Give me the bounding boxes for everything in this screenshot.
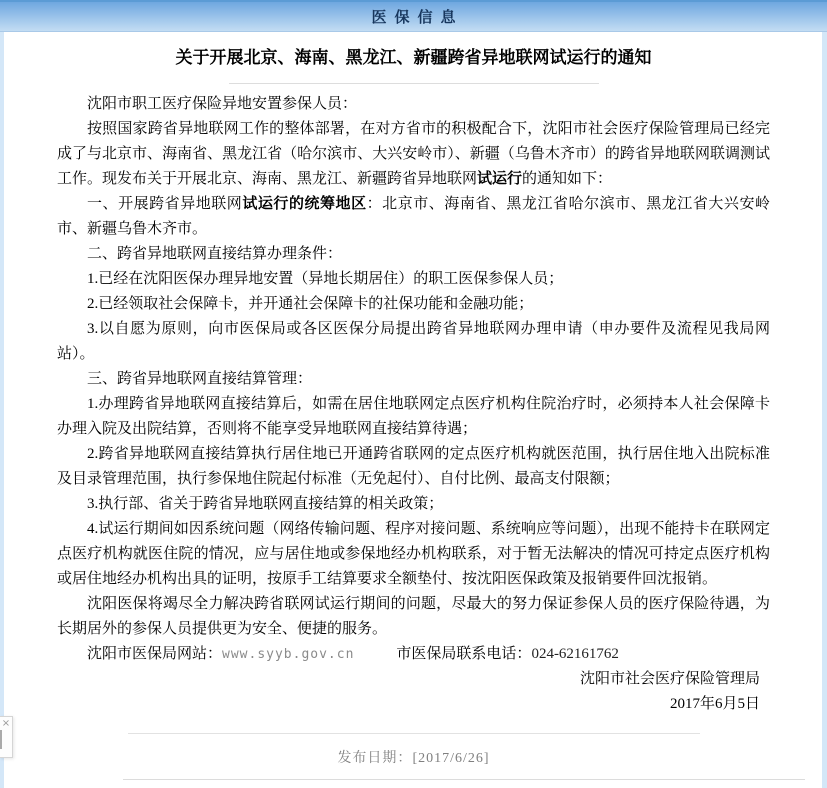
floating-widget: × bbox=[0, 716, 13, 758]
notice-paragraph: 3.执行部、省关于跨省异地联网直接结算的相关政策； bbox=[57, 492, 770, 517]
notice-title: 关于开展北京、海南、黑龙江、新疆跨省异地联网试运行的通知 bbox=[40, 47, 787, 69]
footer-divider-bottom bbox=[123, 779, 805, 780]
header-banner-title: 医保信息 bbox=[363, 6, 463, 27]
contact-line: 沈阳市医保局网站：www.syyb.gov.cn市医保局联系电话：024-621… bbox=[57, 642, 770, 667]
notice-paragraph: 沈阳医保将竭尽全力解决跨省联网试运行期间的问题，尽最大的努力保证参保人员的医疗保… bbox=[57, 592, 770, 642]
notice-body: 沈阳市职工医疗保险异地安置参保人员：按照国家跨省异地联网工作的整体部署，在对方省… bbox=[57, 92, 770, 642]
notice-page: 医保信息 关于开展北京、海南、黑龙江、新疆跨省异地联网试运行的通知 沈阳市职工医… bbox=[0, 0, 827, 788]
notice-paragraph: 按照国家跨省异地联网工作的整体部署，在对方省市的积极配合下，沈阳市社会医疗保险管… bbox=[57, 117, 770, 192]
phone-label: 市医保局联系电话： bbox=[396, 646, 531, 662]
close-icon[interactable]: × bbox=[0, 717, 12, 731]
notice-paragraph: 三、跨省异地联网直接结算管理： bbox=[57, 367, 770, 392]
notice-paragraph: 沈阳市职工医疗保险异地安置参保人员： bbox=[57, 92, 770, 117]
signature-block: 沈阳市社会医疗保险管理局 2017年6月5日 bbox=[57, 667, 770, 717]
page-border-left bbox=[0, 0, 4, 788]
notice-paragraph: 4.试运行期间如因系统问题（网络传输问题、程序对接问题、系统响应等问题），出现不… bbox=[57, 517, 770, 592]
window-icon[interactable] bbox=[0, 730, 2, 749]
signature-date: 2017年6月5日 bbox=[57, 692, 760, 717]
notice-paragraph: 一、开展跨省异地联网试运行的统筹地区：北京市、海南省、黑龙江省哈尔滨市、黑龙江省… bbox=[57, 192, 770, 242]
publish-date: [2017/6/26] bbox=[412, 751, 489, 766]
notice-paragraph: 二、跨省异地联网直接结算办理条件： bbox=[57, 242, 770, 267]
website-label: 沈阳市医保局网站： bbox=[87, 646, 222, 662]
signature-org: 沈阳市社会医疗保险管理局 bbox=[57, 667, 760, 692]
phone-number: 024-62161762 bbox=[531, 646, 619, 662]
website-url[interactable]: www.syyb.gov.cn bbox=[222, 647, 354, 662]
notice-paragraph: 2.跨省异地联网直接结算执行居住地已开通跨省联网的定点医疗机构就医范围，执行居住… bbox=[57, 442, 770, 492]
page-border-right bbox=[822, 0, 827, 788]
notice-content: 沈阳市职工医疗保险异地安置参保人员：按照国家跨省异地联网工作的整体部署，在对方省… bbox=[0, 84, 827, 717]
publish-row: 发布日期：[2017/6/26] bbox=[0, 734, 827, 779]
page-footer: 发布日期：[2017/6/26] bbox=[0, 733, 827, 780]
notice-paragraph: 3.以自愿为原则，向市医保局或各区医保分局提出跨省异地联网办理申请（申办要件及流… bbox=[57, 317, 770, 367]
header-banner: 医保信息 bbox=[0, 0, 827, 32]
publish-label: 发布日期： bbox=[337, 751, 412, 766]
notice-paragraph: 2.已经领取社会保障卡，并开通社会保障卡的社保功能和金融功能； bbox=[57, 292, 770, 317]
notice-paragraph: 1.已经在沈阳医保办理异地安置（异地长期居住）的职工医保参保人员； bbox=[57, 267, 770, 292]
notice-paragraph: 1.办理跨省异地联网直接结算后，如需在居住地联网定点医疗机构住院治疗时，必须持本… bbox=[57, 392, 770, 442]
